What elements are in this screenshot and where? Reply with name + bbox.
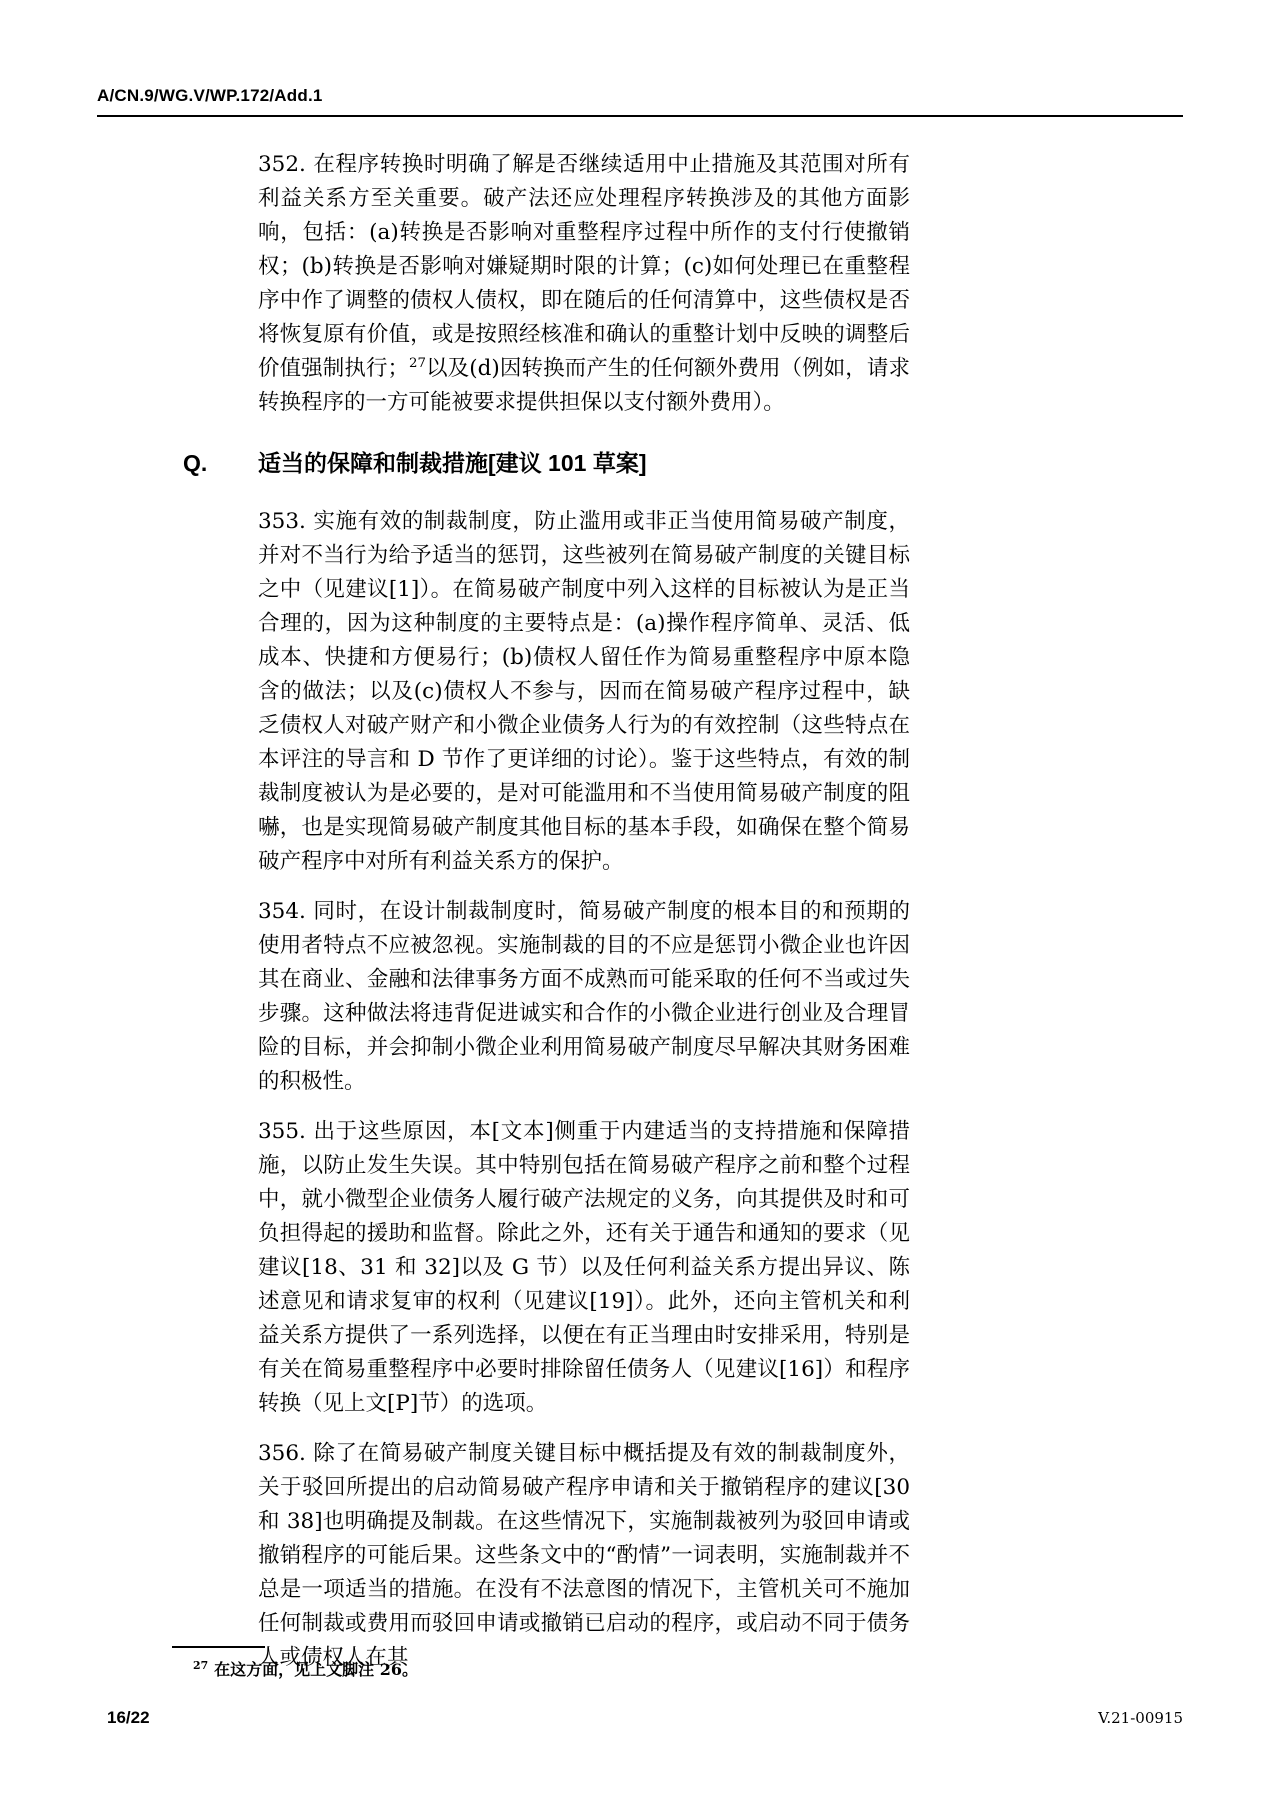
footnote-separator xyxy=(172,1646,265,1648)
paragraph-353: 353. 实施有效的制裁制度，防止滥用或非正当使用简易破产制度，并对不当行为给予… xyxy=(258,505,910,879)
footnote-reference-27: 27 xyxy=(409,356,426,371)
page-number: 16/22 xyxy=(107,1708,150,1728)
paragraph-352: 352. 在程序转换时明确了解是否继续适用中止措施及其范围对所有利益关系方至关重… xyxy=(258,148,910,420)
footnote-27: 27在这方面，见上文脚注 26。 xyxy=(193,1658,418,1682)
footnote-marker: 27 xyxy=(193,1659,208,1672)
section-q-label: Q. xyxy=(183,448,258,479)
footnote-text: 在这方面，见上文脚注 26。 xyxy=(214,1660,418,1679)
document-page: A/CN.9/WG.V/WP.172/Add.1 352. 在程序转换时明确了解… xyxy=(0,0,1280,1809)
document-symbol: A/CN.9/WG.V/WP.172/Add.1 xyxy=(97,86,1183,117)
paragraph-355: 355. 出于这些原因，本[文本]侧重于内建适当的支持措施和保障措施，以防止发生… xyxy=(258,1115,910,1421)
section-q-title: 适当的保障和制裁措施[建议 101 草案] xyxy=(258,448,646,479)
job-number: V.21-00915 xyxy=(1098,1709,1183,1727)
paragraph-354: 354. 同时，在设计制裁制度时，简易破产制度的根本目的和预期的使用者特点不应被… xyxy=(258,895,910,1099)
document-body: 352. 在程序转换时明确了解是否继续适用中止措施及其范围对所有利益关系方至关重… xyxy=(258,148,910,1691)
paragraph-352-text: 352. 在程序转换时明确了解是否继续适用中止措施及其范围对所有利益关系方至关重… xyxy=(258,152,910,381)
paragraph-356: 356. 除了在简易破产制度关键目标中概括提及有效的制裁制度外，关于驳回所提出的… xyxy=(258,1437,910,1675)
section-q-heading: Q. 适当的保障和制裁措施[建议 101 草案] xyxy=(258,448,910,479)
